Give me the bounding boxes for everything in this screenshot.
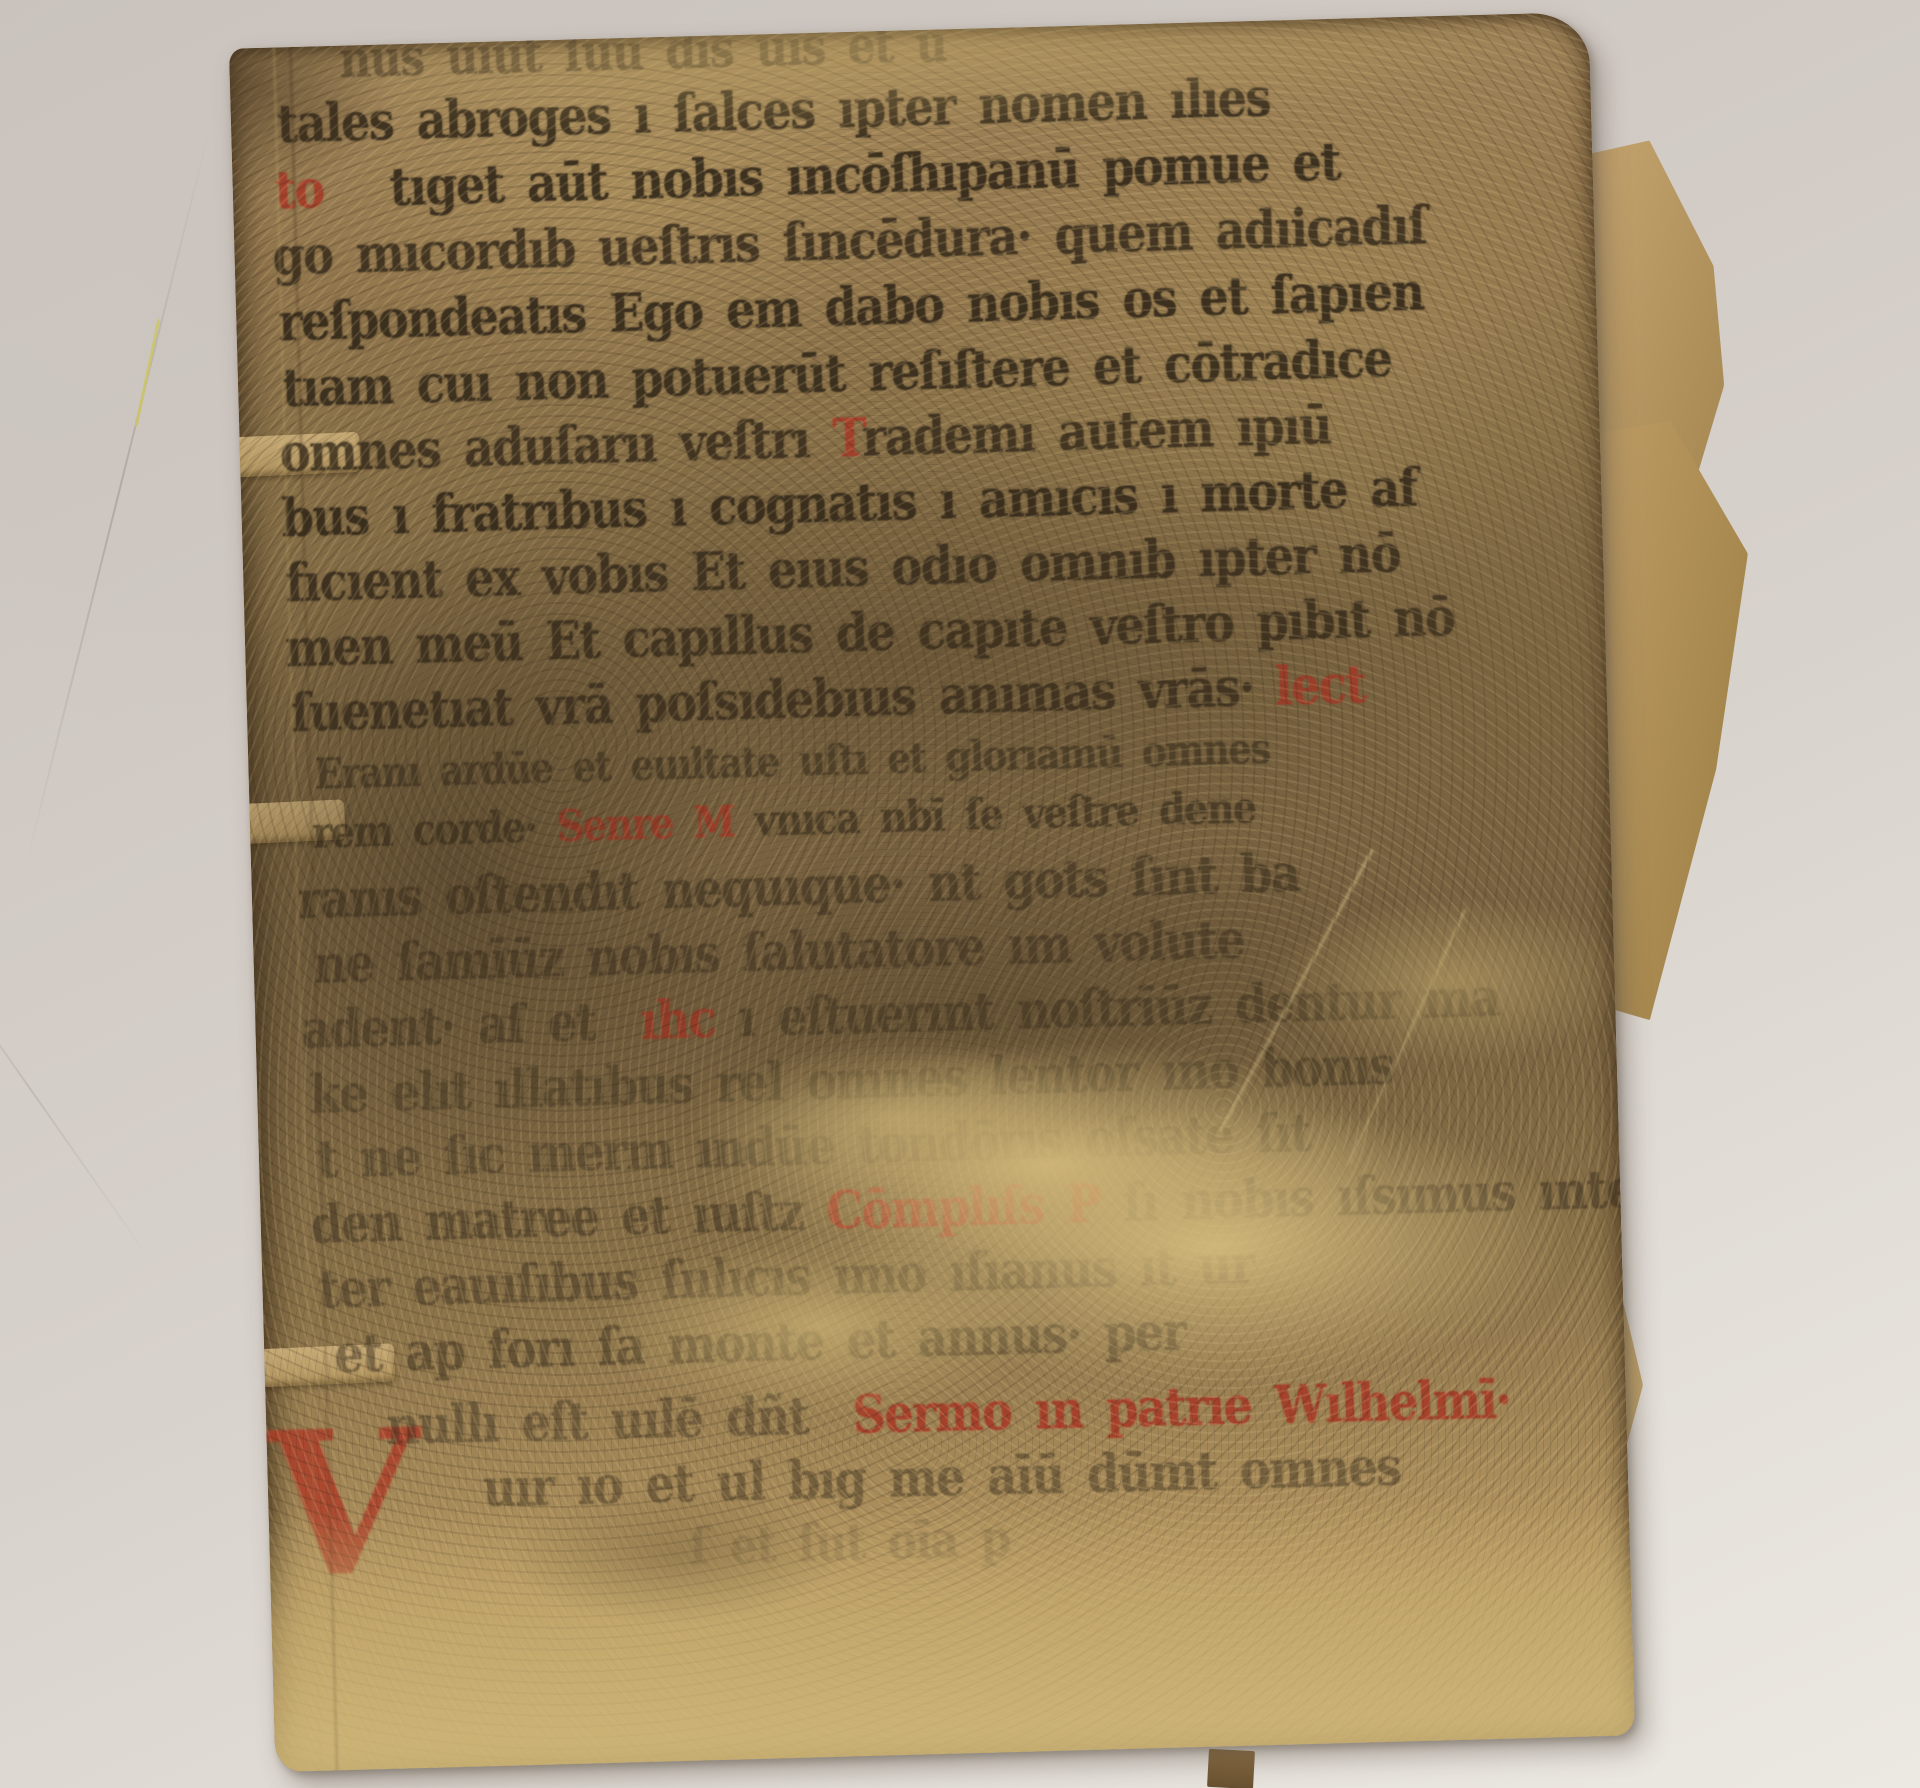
red-rubric-text: T [832, 407, 863, 469]
red-rubric-text: ıhc [640, 988, 716, 1052]
red-rubric-text: Senre M [556, 795, 735, 851]
ink-text: adent· aſ et [301, 990, 642, 1061]
ink-text: vnıca nbī ſe veſtre dene [733, 781, 1256, 846]
manuscript-cover: nus uıūt ſuū dīs uīs et ūtales abroges ı… [229, 12, 1635, 1772]
ink-text: ſ et ſut oīa p [689, 1510, 1011, 1577]
manuscript-text-line: ſ et ſut oīa p [689, 1510, 1011, 1577]
ink-text: omnes aduſarıı veſtrı [279, 408, 833, 484]
red-rubric-text: Sermo ın patrıe Wılhelmī· [852, 1368, 1511, 1445]
ink-text: nullı eſt uılē dñt [385, 1384, 853, 1457]
page-tab [1207, 1749, 1255, 1788]
red-rubric-text: Cōmplıſs P [826, 1173, 1101, 1242]
red-rubric-text: to [274, 158, 325, 221]
ink-text: rem corde· [311, 800, 557, 858]
ink-text: rademı autem ıpıū [861, 394, 1332, 468]
red-rubric-text: lect [1274, 653, 1366, 717]
manuscript-text: nus uıūt ſuū dīs uīs et ūtales abroges ı… [229, 12, 1635, 1772]
photograph: nus uıūt ſuū dīs uīs et ūtales abroges ı… [0, 0, 1920, 1788]
ink-text: den matree et ıuſtz [310, 1180, 828, 1255]
ink-text: ſı nobıs ıſsımus ınte [1099, 1158, 1635, 1234]
